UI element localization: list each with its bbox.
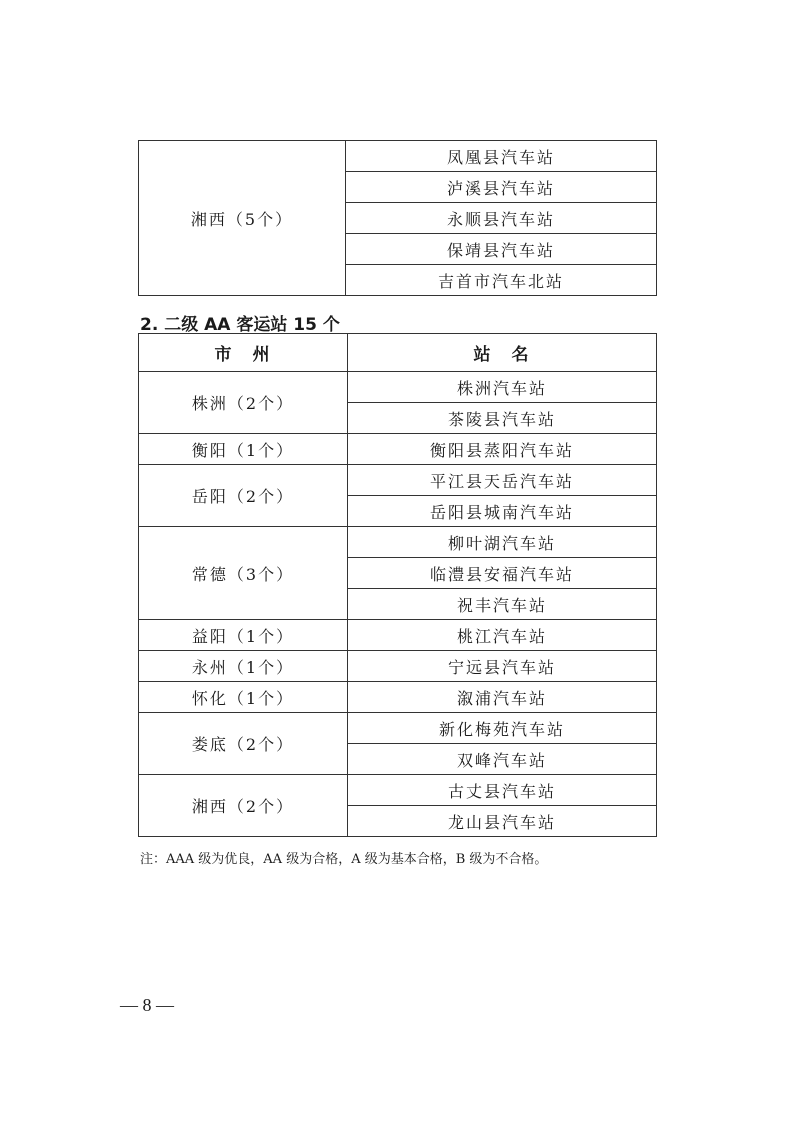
table-row: 常德（3个）柳叶湖汽车站 [139, 527, 657, 558]
station-cell: 茶陵县汽车站 [348, 403, 657, 434]
station-cell: 凤凰县汽车站 [346, 141, 657, 172]
station-cell: 古丈县汽车站 [348, 775, 657, 806]
table-row: 娄底（2个）新化梅苑汽车站 [139, 713, 657, 744]
station-cell: 桃江汽车站 [348, 620, 657, 651]
table-header-row: 市 州 站 名 [139, 334, 657, 372]
city-cell: 湘西（5个） [139, 141, 346, 296]
station-cell: 保靖县汽车站 [346, 234, 657, 265]
header-city: 市 州 [139, 334, 348, 372]
city-cell: 永州（1个） [139, 651, 348, 682]
table-row: 岳阳（2个）平江县天岳汽车站 [139, 465, 657, 496]
city-cell: 常德（3个） [139, 527, 348, 620]
station-cell: 双峰汽车站 [348, 744, 657, 775]
station-cell: 吉首市汽车北站 [346, 265, 657, 296]
table-row: 湘西（5个） 凤凰县汽车站 [139, 141, 657, 172]
table-aa-stations: 市 州 站 名 株洲（2个）株洲汽车站茶陵县汽车站衡阳（1个）衡阳县蒸阳汽车站岳… [138, 333, 657, 837]
city-cell: 湘西（2个） [139, 775, 348, 837]
table-row: 永州（1个）宁远县汽车站 [139, 651, 657, 682]
city-cell: 株洲（2个） [139, 372, 348, 434]
city-cell: 娄底（2个） [139, 713, 348, 775]
station-cell: 株洲汽车站 [348, 372, 657, 403]
station-cell: 泸溪县汽车站 [346, 172, 657, 203]
station-cell: 临澧县安福汽车站 [348, 558, 657, 589]
table-xiangxi-continued: 湘西（5个） 凤凰县汽车站 泸溪县汽车站 永顺县汽车站 保靖县汽车站 吉首市汽车… [138, 140, 657, 296]
station-cell: 永顺县汽车站 [346, 203, 657, 234]
city-cell: 岳阳（2个） [139, 465, 348, 527]
station-cell: 宁远县汽车站 [348, 651, 657, 682]
station-cell: 龙山县汽车站 [348, 806, 657, 837]
station-cell: 溆浦汽车站 [348, 682, 657, 713]
table-row: 怀化（1个）溆浦汽车站 [139, 682, 657, 713]
table-row: 株洲（2个）株洲汽车站 [139, 372, 657, 403]
station-cell: 祝丰汽车站 [348, 589, 657, 620]
station-cell: 平江县天岳汽车站 [348, 465, 657, 496]
table-row: 益阳（1个）桃江汽车站 [139, 620, 657, 651]
station-cell: 新化梅苑汽车站 [348, 713, 657, 744]
city-cell: 怀化（1个） [139, 682, 348, 713]
city-cell: 益阳（1个） [139, 620, 348, 651]
table-row: 湘西（2个）古丈县汽车站 [139, 775, 657, 806]
header-station: 站 名 [348, 334, 657, 372]
table-row: 衡阳（1个）衡阳县蒸阳汽车站 [139, 434, 657, 465]
station-cell: 柳叶湖汽车站 [348, 527, 657, 558]
section-title: 2. 二级 AA 客运站 15 个 [140, 310, 340, 335]
station-cell: 岳阳县城南汽车站 [348, 496, 657, 527]
page-number: — 8 — [120, 995, 174, 1016]
city-cell: 衡阳（1个） [139, 434, 348, 465]
station-cell: 衡阳县蒸阳汽车站 [348, 434, 657, 465]
footnote: 注：AAA 级为优良，AA 级为合格，A 级为基本合格，B 级为不合格。 [140, 848, 547, 867]
